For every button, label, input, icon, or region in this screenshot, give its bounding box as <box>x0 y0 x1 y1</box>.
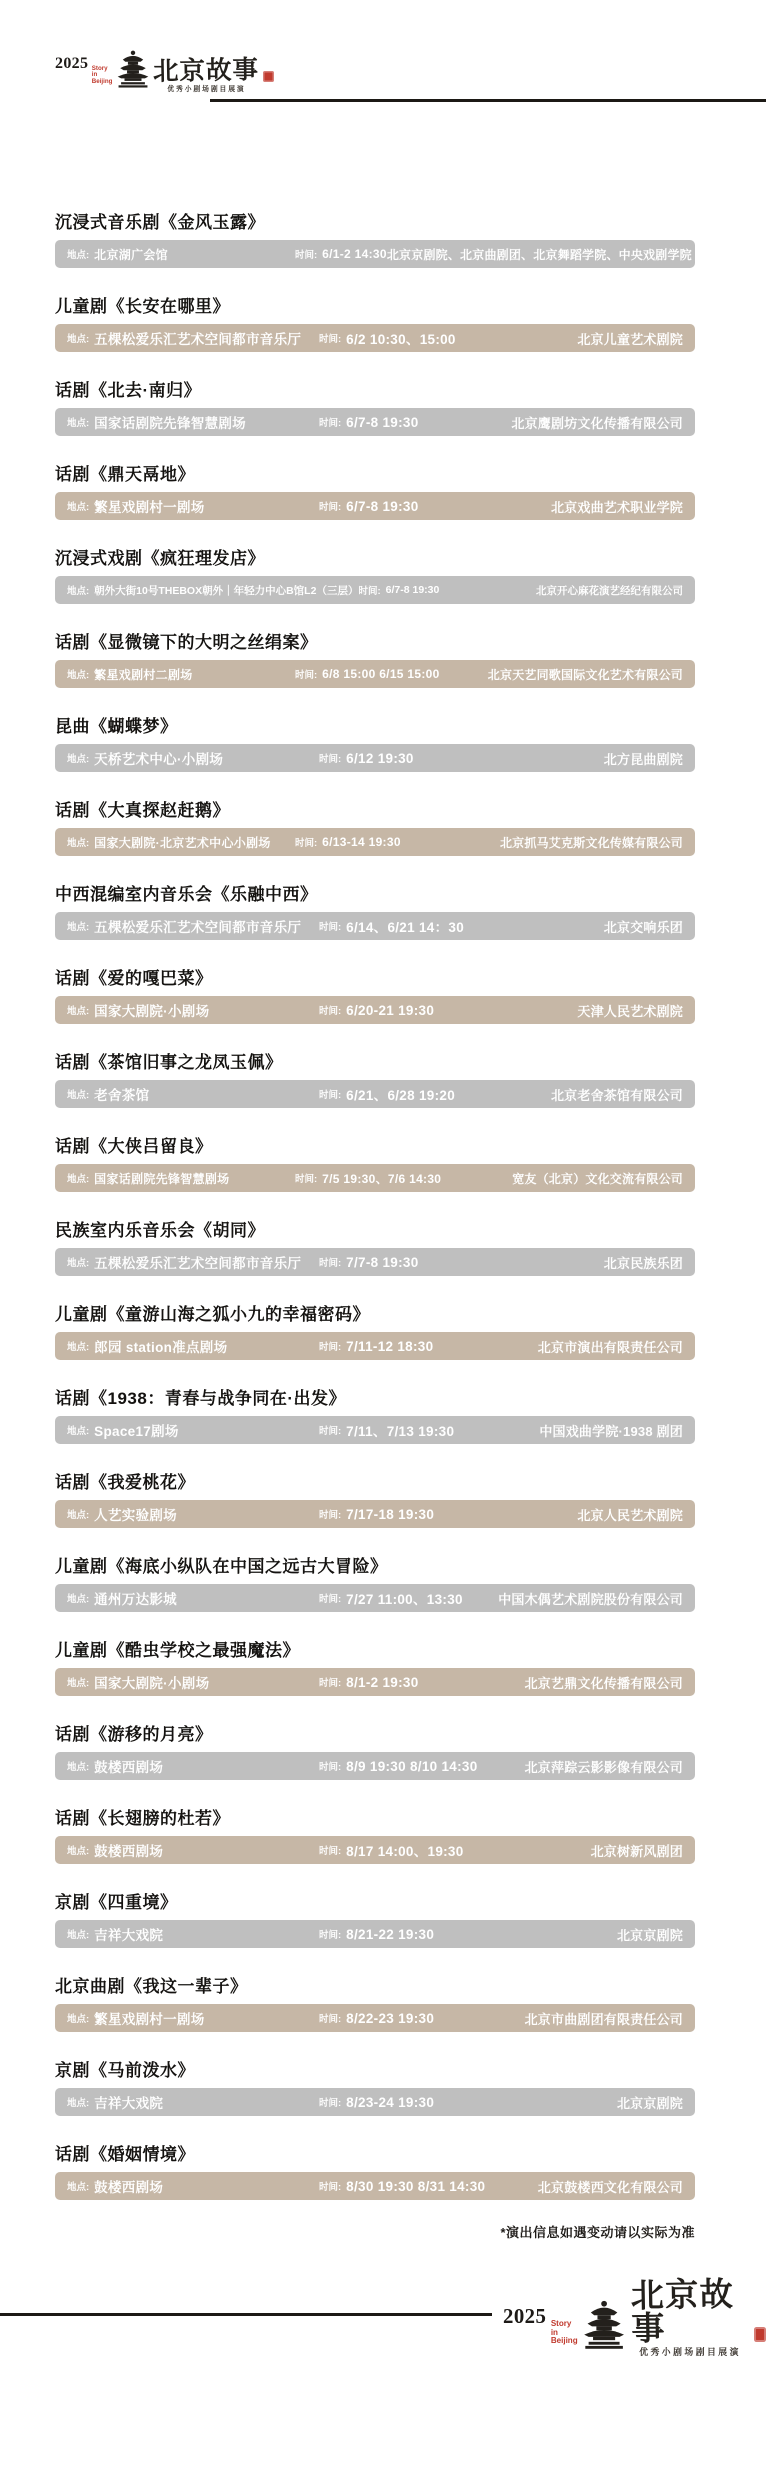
event-item: 京剧《马前泼水》 地点: 吉祥大戏院 时间: 8/23-24 19:30 北京京… <box>55 2060 695 2116</box>
venue-group: 地点: 吉祥大戏院 <box>67 1924 319 1944</box>
venue-label: 地点: <box>67 499 89 513</box>
time-value: 8/21-22 19:30 <box>346 1927 434 1942</box>
event-item: 话剧《婚姻情境》 地点: 鼓楼西剧场 时间: 8/30 19:30 8/31 1… <box>55 2144 695 2200</box>
temple-of-heaven-icon <box>582 2300 626 2349</box>
event-item: 话剧《长翅膀的杜若》 地点: 鼓楼西剧场 时间: 8/17 14:00、19:3… <box>55 1808 695 1864</box>
time-label: 时间: <box>319 2179 341 2193</box>
event-title: 京剧《四重境》 <box>55 1892 695 1914</box>
festival-logo-footer: 2025 Story in Beijing 北京故事 优秀小剧场剧目展演 <box>503 2278 766 2357</box>
venue-label: 地点: <box>67 1843 89 1857</box>
event-title: 沉浸式音乐剧《金风玉露》 <box>55 212 695 234</box>
time-label: 时间: <box>319 1087 341 1101</box>
festival-schedule-page: 2025 Story in Beijing 北京故事 优秀小剧场剧目展演 <box>0 0 766 2489</box>
organizer: 北京人民艺术剧院 <box>434 1505 683 1524</box>
logo-english-text: Story in Beijing <box>92 66 113 86</box>
event-info-bar: 地点: 朝外大街10号THEBOX朝外｜年轻力中心B馆L2（三层） 时间: 6/… <box>55 576 695 604</box>
venue-value: 国家话剧院先锋智慧剧场 <box>94 412 246 432</box>
time-label: 时间: <box>319 1255 341 1269</box>
event-title: 儿童剧《长安在哪里》 <box>55 296 695 318</box>
event-title: 京剧《马前泼水》 <box>55 2060 695 2082</box>
event-title: 话剧《长翅膀的杜若》 <box>55 1808 695 1830</box>
venue-group: 地点: 国家大剧院·小剧场 <box>67 1672 319 1692</box>
organizer: 北京市曲剧团有限责任公司 <box>434 2009 683 2028</box>
seal-icon <box>263 71 274 82</box>
event-info-bar: 地点: 五棵松爱乐汇艺术空间都市音乐厅 时间: 7/7-8 19:30 北京民族… <box>55 1248 695 1276</box>
time-group: 时间: 8/22-23 19:30 <box>319 2011 434 2026</box>
venue-group: 地点: 吉祥大戏院 <box>67 2092 319 2112</box>
time-group: 时间: 8/17 14:00、19:30 <box>319 1840 464 1860</box>
organizer: 北京抓马艾克斯文化传媒有限公司 <box>401 834 683 851</box>
event-title: 沉浸式戏剧《疯狂理发店》 <box>55 548 695 570</box>
time-group: 时间: 8/23-24 19:30 <box>319 2095 434 2110</box>
logo-english-text: Story in Beijing <box>551 2320 578 2345</box>
time-value: 6/7-8 19:30 <box>346 499 418 514</box>
event-info-bar: 地点: 国家大剧院·北京艺术中心小剧场 时间: 6/13-14 19:30 北京… <box>55 828 695 856</box>
organizer: 中国木偶艺术剧院股份有限公司 <box>463 1589 683 1608</box>
event-info-bar: 地点: 天桥艺术中心·小剧场 时间: 6/12 19:30 北方昆曲剧院 <box>55 744 695 772</box>
venue-value: 国家大剧院·北京艺术中心小剧场 <box>94 834 271 851</box>
event-info-bar: 地点: 国家话剧院先锋智慧剧场 时间: 7/5 19:30、7/6 14:30 … <box>55 1164 695 1192</box>
venue-value: 鼓楼西剧场 <box>94 2176 163 2196</box>
event-info-bar: 地点: 通州万达影城 时间: 7/27 11:00、13:30 中国木偶艺术剧院… <box>55 1584 695 1612</box>
venue-group: 地点: 老舍茶馆 <box>67 1084 319 1104</box>
organizer: 北京老舍茶馆有限公司 <box>455 1085 683 1104</box>
venue-group: 地点: Space17剧场 <box>67 1420 319 1440</box>
venue-label: 地点: <box>67 1675 89 1689</box>
venue-value: 繁星戏剧村一剧场 <box>94 496 204 516</box>
logo-tagline: 优秀小剧场剧目展演 <box>167 87 245 94</box>
event-title: 话剧《1938：青春与战争同在·出发》 <box>55 1388 695 1410</box>
time-label: 时间: <box>358 583 380 597</box>
venue-label: 地点: <box>67 1759 89 1773</box>
time-group: 时间: 8/9 19:30 8/10 14:30 <box>319 1759 478 1774</box>
time-label: 时间: <box>319 1759 341 1773</box>
time-group: 时间: 7/11、7/13 19:30 <box>319 1420 454 1440</box>
event-item: 中西混编室内音乐会《乐融中西》 地点: 五棵松爱乐汇艺术空间都市音乐厅 时间: … <box>55 884 695 940</box>
time-label: 时间: <box>319 1843 341 1857</box>
time-group: 时间: 6/7-8 19:30 <box>319 415 419 430</box>
venue-group: 地点: 五棵松爱乐汇艺术空间都市音乐厅 <box>67 1252 319 1272</box>
venue-label: 地点: <box>67 1591 89 1605</box>
event-item: 儿童剧《酷虫学校之最强魔法》 地点: 国家大剧院·小剧场 时间: 8/1-2 1… <box>55 1640 695 1696</box>
venue-group: 地点: 郎园 station准点剧场 <box>67 1336 319 1356</box>
event-title: 儿童剧《海底小纵队在中国之远古大冒险》 <box>55 1556 695 1578</box>
venue-group: 地点: 朝外大街10号THEBOX朝外｜年轻力中心B馆L2（三层） <box>67 583 358 598</box>
time-group: 时间: 6/12 19:30 <box>319 751 414 766</box>
venue-value: 老舍茶馆 <box>94 1084 149 1104</box>
time-group: 时间: 6/2 10:30、15:00 <box>319 328 456 348</box>
event-info-bar: 地点: 北京湖广会馆 时间: 6/1-2 14:30 北京京剧院、北京曲剧团、北… <box>55 240 695 268</box>
time-label: 时间: <box>319 1339 341 1353</box>
time-group: 时间: 6/14、6/21 14：30 <box>319 916 464 936</box>
venue-label: 地点: <box>67 415 89 429</box>
event-title: 民族室内乐音乐会《胡同》 <box>55 1220 695 1242</box>
event-item: 话剧《大侠吕留良》 地点: 国家话剧院先锋智慧剧场 时间: 7/5 19:30、… <box>55 1136 695 1192</box>
time-group: 时间: 7/11-12 18:30 <box>319 1339 433 1354</box>
logo-main: 北京故事 优秀小剧场剧目展演 <box>153 59 259 94</box>
event-info-bar: 地点: 国家大剧院·小剧场 时间: 8/1-2 19:30 北京艺鼎文化传播有限… <box>55 1668 695 1696</box>
venue-value: Space17剧场 <box>94 1420 179 1440</box>
festival-logo-header: 2025 Story in Beijing 北京故事 优秀小剧场剧目展演 <box>55 50 274 94</box>
footer-rule <box>0 2313 492 2316</box>
venue-group: 地点: 繁星戏剧村二剧场 <box>67 666 295 683</box>
event-title: 话剧《游移的月亮》 <box>55 1724 695 1746</box>
organizer: 北京儿童艺术剧院 <box>456 329 683 348</box>
event-title: 昆曲《蝴蝶梦》 <box>55 716 695 738</box>
time-label: 时间: <box>319 1675 341 1689</box>
event-item: 沉浸式音乐剧《金风玉露》 地点: 北京湖广会馆 时间: 6/1-2 14:30 … <box>55 212 695 268</box>
venue-group: 地点: 鼓楼西剧场 <box>67 2176 319 2196</box>
time-group: 时间: 7/7-8 19:30 <box>319 1255 419 1270</box>
organizer: 中国戏曲学院·1938 剧团 <box>454 1421 683 1440</box>
venue-group: 地点: 国家话剧院先锋智慧剧场 <box>67 1170 295 1187</box>
organizer: 北京树新风剧团 <box>464 1841 683 1860</box>
event-item: 话剧《大真探赵赶鹅》 地点: 国家大剧院·北京艺术中心小剧场 时间: 6/13-… <box>55 800 695 856</box>
venue-label: 地点: <box>67 2179 89 2193</box>
venue-label: 地点: <box>67 667 89 681</box>
event-item: 儿童剧《童游山海之狐小九的幸福密码》 地点: 郎园 station准点剧场 时间… <box>55 1304 695 1360</box>
event-info-bar: 地点: 老舍茶馆 时间: 6/21、6/28 19:20 北京老舍茶馆有限公司 <box>55 1080 695 1108</box>
venue-group: 地点: 国家大剧院·小剧场 <box>67 1000 319 1020</box>
organizer: 北京京剧院、北京曲剧团、北京舞蹈学院、中央戏剧学院 <box>387 246 692 263</box>
venue-group: 地点: 繁星戏剧村一剧场 <box>67 496 319 516</box>
time-group: 时间: 6/1-2 14:30 <box>295 247 387 261</box>
event-item: 话剧《我爱桃花》 地点: 人艺实验剧场 时间: 7/17-18 19:30 北京… <box>55 1472 695 1528</box>
venue-value: 朝外大街10号THEBOX朝外｜年轻力中心B馆L2（三层） <box>94 583 358 598</box>
event-item: 京剧《四重境》 地点: 吉祥大戏院 时间: 8/21-22 19:30 北京京剧… <box>55 1892 695 1948</box>
logo-title: 北京故事 <box>153 58 260 85</box>
venue-value: 鼓楼西剧场 <box>94 1756 163 1776</box>
venue-label: 地点: <box>67 1087 89 1101</box>
event-item: 儿童剧《海底小纵队在中国之远古大冒险》 地点: 通州万达影城 时间: 7/27 … <box>55 1556 695 1612</box>
time-value: 6/12 19:30 <box>346 751 414 766</box>
organizer: 北京民族乐团 <box>419 1253 683 1272</box>
event-title: 话剧《我爱桃花》 <box>55 1472 695 1494</box>
venue-label: 地点: <box>67 247 89 261</box>
venue-value: 吉祥大戏院 <box>94 1924 163 1944</box>
logo-year: 2025 <box>55 56 88 72</box>
time-label: 时间: <box>319 1003 341 1017</box>
venue-label: 地点: <box>67 2011 89 2025</box>
time-group: 时间: 7/17-18 19:30 <box>319 1507 434 1522</box>
event-title: 话剧《大侠吕留良》 <box>55 1136 695 1158</box>
organizer: 北京鼓楼西文化有限公司 <box>485 2177 683 2196</box>
time-value: 7/5 19:30、7/6 14:30 <box>322 1170 441 1187</box>
venue-value: 鼓楼西剧场 <box>94 1840 163 1860</box>
time-value: 7/7-8 19:30 <box>346 1255 418 1270</box>
event-info-bar: 地点: 鼓楼西剧场 时间: 8/17 14:00、19:30 北京树新风剧团 <box>55 1836 695 1864</box>
venue-value: 五棵松爱乐汇艺术空间都市音乐厅 <box>94 1252 301 1272</box>
venue-label: 地点: <box>67 835 89 849</box>
event-info-bar: 地点: 五棵松爱乐汇艺术空间都市音乐厅 时间: 6/2 10:30、15:00 … <box>55 324 695 352</box>
organizer: 北京天艺同歌国际文化艺术有限公司 <box>440 666 683 683</box>
event-item: 话剧《北去·南归》 地点: 国家话剧院先锋智慧剧场 时间: 6/7-8 19:3… <box>55 380 695 436</box>
time-group: 时间: 6/8 15:00 6/15 15:00 <box>295 667 440 681</box>
time-label: 时间: <box>319 1591 341 1605</box>
time-label: 时间: <box>295 667 317 681</box>
venue-value: 五棵松爱乐汇艺术空间都市音乐厅 <box>94 916 301 936</box>
logo-year: 2025 <box>503 2307 546 2328</box>
event-item: 话剧《茶馆旧事之龙凤玉佩》 地点: 老舍茶馆 时间: 6/21、6/28 19:… <box>55 1052 695 1108</box>
time-value: 6/21、6/28 19:20 <box>346 1084 455 1104</box>
temple-of-heaven-icon <box>116 50 150 88</box>
time-value: 6/2 10:30、15:00 <box>346 328 456 348</box>
venue-group: 地点: 鼓楼西剧场 <box>67 1840 319 1860</box>
event-item: 话剧《1938：青春与战争同在·出发》 地点: Space17剧场 时间: 7/… <box>55 1388 695 1444</box>
time-value: 8/22-23 19:30 <box>346 2011 434 2026</box>
event-title: 儿童剧《酷虫学校之最强魔法》 <box>55 1640 695 1662</box>
time-group: 时间: 7/27 11:00、13:30 <box>319 1588 463 1608</box>
venue-group: 地点: 繁星戏剧村一剧场 <box>67 2008 319 2028</box>
venue-label: 地点: <box>67 751 89 765</box>
logo-title: 北京故事 <box>630 2277 749 2345</box>
event-info-bar: 地点: 郎园 station准点剧场 时间: 7/11-12 18:30 北京市… <box>55 1332 695 1360</box>
event-list: 沉浸式音乐剧《金风玉露》 地点: 北京湖广会馆 时间: 6/1-2 14:30 … <box>55 212 695 2228</box>
venue-group: 地点: 五棵松爱乐汇艺术空间都市音乐厅 <box>67 328 319 348</box>
venue-label: 地点: <box>67 331 89 345</box>
time-value: 6/7-8 19:30 <box>386 584 440 596</box>
venue-label: 地点: <box>67 1255 89 1269</box>
venue-value: 天桥艺术中心·小剧场 <box>94 748 223 768</box>
event-item: 儿童剧《长安在哪里》 地点: 五棵松爱乐汇艺术空间都市音乐厅 时间: 6/2 1… <box>55 296 695 352</box>
organizer: 宽友（北京）文化交流有限公司 <box>441 1170 683 1187</box>
logo-tagline: 优秀小剧场剧目展演 <box>639 2348 741 2357</box>
venue-label: 地点: <box>67 1171 89 1185</box>
event-title: 话剧《爱的嘎巴菜》 <box>55 968 695 990</box>
time-value: 7/11-12 18:30 <box>346 1339 433 1354</box>
venue-label: 地点: <box>67 1423 89 1437</box>
event-info-bar: 地点: 鼓楼西剧场 时间: 8/9 19:30 8/10 14:30 北京萍踪云… <box>55 1752 695 1780</box>
organizer: 北京萍踪云影影像有限公司 <box>478 1757 683 1776</box>
venue-label: 地点: <box>67 2095 89 2109</box>
event-title: 话剧《大真探赵赶鹅》 <box>55 800 695 822</box>
venue-value: 郎园 station准点剧场 <box>94 1336 227 1356</box>
venue-label: 地点: <box>67 1339 89 1353</box>
time-value: 7/17-18 19:30 <box>346 1507 434 1522</box>
event-info-bar: 地点: 鼓楼西剧场 时间: 8/30 19:30 8/31 14:30 北京鼓楼… <box>55 2172 695 2200</box>
time-label: 时间: <box>295 247 317 261</box>
venue-value: 国家大剧院·小剧场 <box>94 1672 209 1692</box>
venue-value: 人艺实验剧场 <box>94 1504 177 1524</box>
organizer: 天津人民艺术剧院 <box>434 1001 683 1020</box>
event-info-bar: 地点: 吉祥大戏院 时间: 8/23-24 19:30 北京京剧院 <box>55 2088 695 2116</box>
venue-value: 吉祥大戏院 <box>94 2092 163 2112</box>
time-value: 8/17 14:00、19:30 <box>346 1840 463 1860</box>
event-item: 昆曲《蝴蝶梦》 地点: 天桥艺术中心·小剧场 时间: 6/12 19:30 北方… <box>55 716 695 772</box>
time-label: 时间: <box>295 835 317 849</box>
event-item: 话剧《鼎天鬲地》 地点: 繁星戏剧村一剧场 时间: 6/7-8 19:30 北京… <box>55 464 695 520</box>
venue-label: 地点: <box>67 1003 89 1017</box>
time-value: 6/14、6/21 14：30 <box>346 916 464 936</box>
time-group: 时间: 6/13-14 19:30 <box>295 835 401 849</box>
time-value: 7/27 11:00、13:30 <box>346 1588 463 1608</box>
time-label: 时间: <box>319 499 341 513</box>
time-group: 时间: 6/7-8 19:30 <box>319 499 419 514</box>
footer-note: *演出信息如遇变动请以实际为准 <box>55 2222 695 2241</box>
organizer: 北京京剧院 <box>434 2093 683 2112</box>
time-value: 6/13-14 19:30 <box>322 835 401 849</box>
time-label: 时间: <box>319 751 341 765</box>
event-info-bar: 地点: 五棵松爱乐汇艺术空间都市音乐厅 时间: 6/14、6/21 14：30 … <box>55 912 695 940</box>
venue-group: 地点: 天桥艺术中心·小剧场 <box>67 748 319 768</box>
venue-label: 地点: <box>67 1507 89 1521</box>
time-value: 8/23-24 19:30 <box>346 2095 434 2110</box>
time-group: 时间: 8/1-2 19:30 <box>319 1675 419 1690</box>
event-item: 话剧《游移的月亮》 地点: 鼓楼西剧场 时间: 8/9 19:30 8/10 1… <box>55 1724 695 1780</box>
event-title: 话剧《鼎天鬲地》 <box>55 464 695 486</box>
event-item: 沉浸式戏剧《疯狂理发店》 地点: 朝外大街10号THEBOX朝外｜年轻力中心B馆… <box>55 548 695 604</box>
event-info-bar: 地点: 繁星戏剧村一剧场 时间: 8/22-23 19:30 北京市曲剧团有限责… <box>55 2004 695 2032</box>
time-value: 6/8 15:00 6/15 15:00 <box>322 667 439 681</box>
time-label: 时间: <box>319 331 341 345</box>
venue-value: 繁星戏剧村一剧场 <box>94 2008 204 2028</box>
time-value: 8/1-2 19:30 <box>346 1675 418 1690</box>
time-label: 时间: <box>319 2011 341 2025</box>
event-item: 民族室内乐音乐会《胡同》 地点: 五棵松爱乐汇艺术空间都市音乐厅 时间: 7/7… <box>55 1220 695 1276</box>
time-group: 时间: 6/20-21 19:30 <box>319 1003 434 1018</box>
venue-value: 五棵松爱乐汇艺术空间都市音乐厅 <box>94 328 301 348</box>
venue-group: 地点: 通州万达影城 <box>67 1588 319 1608</box>
time-label: 时间: <box>295 1171 317 1185</box>
venue-group: 地点: 五棵松爱乐汇艺术空间都市音乐厅 <box>67 916 319 936</box>
venue-group: 地点: 人艺实验剧场 <box>67 1504 319 1524</box>
event-info-bar: 地点: 国家大剧院·小剧场 时间: 6/20-21 19:30 天津人民艺术剧院 <box>55 996 695 1024</box>
event-info-bar: 地点: Space17剧场 时间: 7/11、7/13 19:30 中国戏曲学院… <box>55 1416 695 1444</box>
event-title: 话剧《北去·南归》 <box>55 380 695 402</box>
venue-value: 国家大剧院·小剧场 <box>94 1000 209 1020</box>
time-value: 6/20-21 19:30 <box>346 1003 434 1018</box>
time-value: 7/11、7/13 19:30 <box>346 1420 454 1440</box>
time-label: 时间: <box>319 1927 341 1941</box>
organizer: 北京鹰剧坊文化传播有限公司 <box>419 413 683 432</box>
event-info-bar: 地点: 繁星戏剧村一剧场 时间: 6/7-8 19:30 北京戏曲艺术职业学院 <box>55 492 695 520</box>
venue-label: 地点: <box>67 919 89 933</box>
venue-group: 地点: 国家话剧院先锋智慧剧场 <box>67 412 319 432</box>
venue-group: 地点: 鼓楼西剧场 <box>67 1756 319 1776</box>
event-item: 话剧《显微镜下的大明之丝绢案》 地点: 繁星戏剧村二剧场 时间: 6/8 15:… <box>55 632 695 688</box>
event-title: 中西混编室内音乐会《乐融中西》 <box>55 884 695 906</box>
time-label: 时间: <box>319 415 341 429</box>
venue-group: 地点: 国家大剧院·北京艺术中心小剧场 <box>67 834 295 851</box>
time-label: 时间: <box>319 2095 341 2109</box>
organizer: 北京京剧院 <box>434 1925 683 1944</box>
time-label: 时间: <box>319 1423 341 1437</box>
seal-icon <box>754 2327 766 2341</box>
organizer: 北方昆曲剧院 <box>414 749 683 768</box>
venue-value: 北京湖广会馆 <box>94 246 168 263</box>
organizer: 北京市演出有限责任公司 <box>433 1337 683 1356</box>
organizer: 北京开心麻花演艺经纪有限公司 <box>439 583 683 598</box>
time-value: 8/30 19:30 8/31 14:30 <box>346 2179 485 2194</box>
event-item: 北京曲剧《我这一辈子》 地点: 繁星戏剧村一剧场 时间: 8/22-23 19:… <box>55 1976 695 2032</box>
event-info-bar: 地点: 国家话剧院先锋智慧剧场 时间: 6/7-8 19:30 北京鹰剧坊文化传… <box>55 408 695 436</box>
time-label: 时间: <box>319 1507 341 1521</box>
venue-value: 国家话剧院先锋智慧剧场 <box>94 1170 229 1187</box>
venue-label: 地点: <box>67 583 89 597</box>
event-info-bar: 地点: 人艺实验剧场 时间: 7/17-18 19:30 北京人民艺术剧院 <box>55 1500 695 1528</box>
time-group: 时间: 6/7-8 19:30 <box>358 583 439 597</box>
event-title: 北京曲剧《我这一辈子》 <box>55 1976 695 1998</box>
organizer: 北京交响乐团 <box>464 917 683 936</box>
time-group: 时间: 7/5 19:30、7/6 14:30 <box>295 1170 441 1187</box>
organizer: 北京艺鼎文化传播有限公司 <box>419 1673 683 1692</box>
logo-main: 北京故事 优秀小剧场剧目展演 <box>631 2278 749 2357</box>
event-title: 话剧《显微镜下的大明之丝绢案》 <box>55 632 695 654</box>
time-label: 时间: <box>319 919 341 933</box>
header-rule <box>210 99 766 102</box>
time-value: 8/9 19:30 8/10 14:30 <box>346 1759 477 1774</box>
event-title: 话剧《茶馆旧事之龙凤玉佩》 <box>55 1052 695 1074</box>
venue-value: 繁星戏剧村二剧场 <box>94 666 192 683</box>
time-group: 时间: 8/30 19:30 8/31 14:30 <box>319 2179 485 2194</box>
event-info-bar: 地点: 繁星戏剧村二剧场 时间: 6/8 15:00 6/15 15:00 北京… <box>55 660 695 688</box>
venue-label: 地点: <box>67 1927 89 1941</box>
event-title: 儿童剧《童游山海之狐小九的幸福密码》 <box>55 1304 695 1326</box>
event-item: 话剧《爱的嘎巴菜》 地点: 国家大剧院·小剧场 时间: 6/20-21 19:3… <box>55 968 695 1024</box>
event-info-bar: 地点: 吉祥大戏院 时间: 8/21-22 19:30 北京京剧院 <box>55 1920 695 1948</box>
time-value: 6/1-2 14:30 <box>322 247 387 261</box>
venue-value: 通州万达影城 <box>94 1588 177 1608</box>
time-group: 时间: 6/21、6/28 19:20 <box>319 1084 455 1104</box>
organizer: 北京戏曲艺术职业学院 <box>419 497 683 516</box>
event-title: 话剧《婚姻情境》 <box>55 2144 695 2166</box>
time-group: 时间: 8/21-22 19:30 <box>319 1927 434 1942</box>
time-value: 6/7-8 19:30 <box>346 415 418 430</box>
venue-group: 地点: 北京湖广会馆 <box>67 246 295 263</box>
